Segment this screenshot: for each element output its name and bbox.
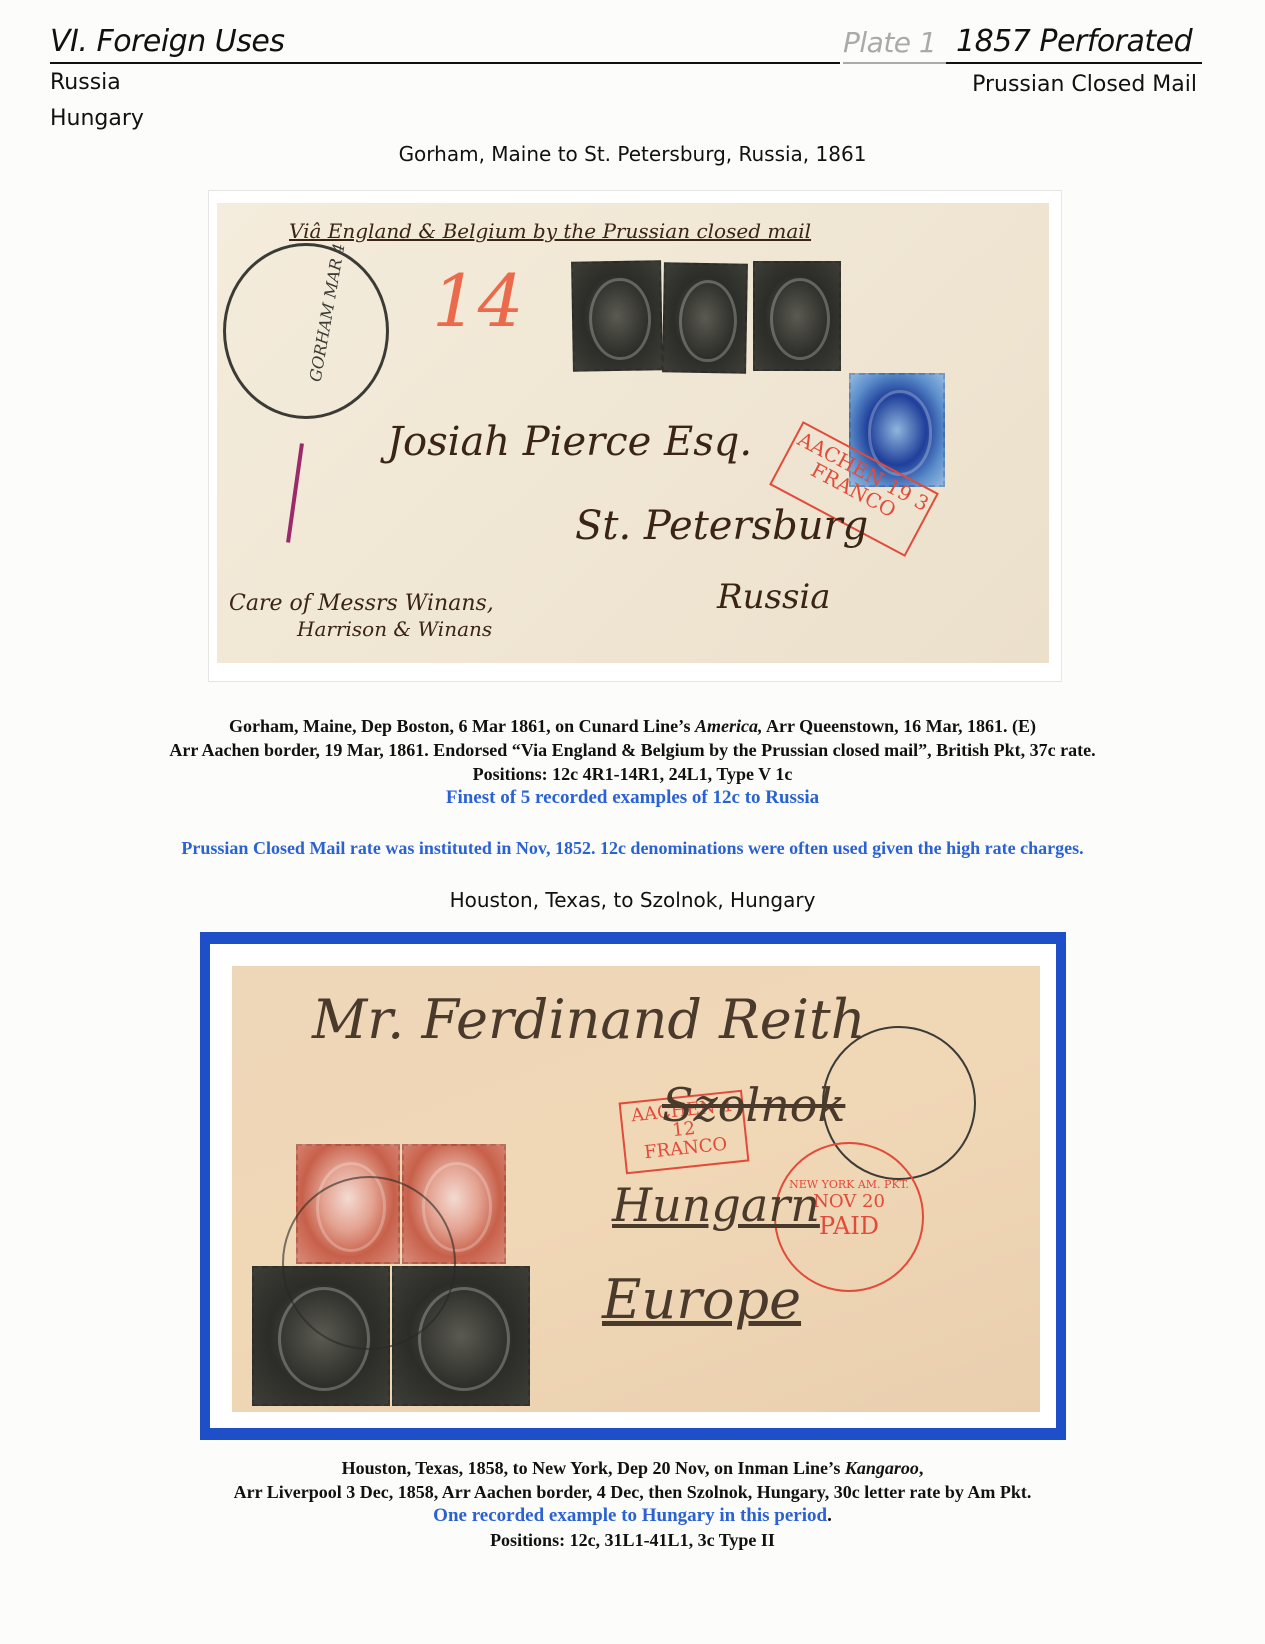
header-rule-right <box>946 62 1202 64</box>
cover2-caption-line: Arr Liverpool 3 Dec, 1858, Arr Aachen bo… <box>0 1480 1265 1504</box>
city-manuscript: St. Petersburg <box>575 503 868 549</box>
cover1-title: Gorham, Maine to St. Petersburg, Russia,… <box>0 142 1265 166</box>
addressee-manuscript: Mr. Ferdinand Reith <box>312 988 865 1051</box>
cover1-envelope: Viâ England & Belgium by the Prussian cl… <box>217 203 1049 663</box>
cover2-positions: Positions: 12c, 31L1-41L1, 3c Type II <box>0 1528 1265 1552</box>
ship-name: Kangaroo <box>845 1458 919 1478</box>
cover2-envelope: Mr. Ferdinand Reith AACHEN 4 12 FRANCO S… <box>232 966 1040 1412</box>
cover2-mat: Mr. Ferdinand Reith AACHEN 4 12 FRANCO S… <box>210 944 1056 1428</box>
stamp-12c-black-3 <box>753 261 841 371</box>
continent-manuscript: Europe <box>602 1268 801 1331</box>
section-title: VI. Foreign Uses <box>50 24 284 59</box>
origin-cds-postmark <box>223 243 389 419</box>
rate-marking: 14 <box>432 259 524 343</box>
cover2-caption-line: Houston, Texas, 1858, to New York, Dep 2… <box>0 1456 1265 1480</box>
cover1-highlight: Finest of 5 recorded examples of 12c to … <box>0 786 1265 810</box>
header-rule-plate <box>843 62 946 64</box>
cover2-caption: Houston, Texas, 1858, to New York, Dep 2… <box>0 1456 1265 1552</box>
stamp-12c-black-2 <box>662 262 748 373</box>
caption-text: Houston, Texas, 1858, to New York, Dep 2… <box>342 1458 845 1478</box>
endorsement-manuscript: Viâ England & Belgium by the Prussian cl… <box>289 219 811 243</box>
issue-title: 1857 Perforated <box>956 24 1192 59</box>
cover2-title: Houston, Texas, to Szolnok, Hungary <box>0 888 1265 912</box>
country-russia: Russia <box>50 70 121 95</box>
cover2-highlight: One recorded example to Hungary in this … <box>433 1505 827 1526</box>
country-manuscript: Russia <box>717 577 831 617</box>
caption-text: Arr Queenstown, 16 Mar, 1861. (E) <box>763 716 1037 736</box>
magenta-manuscript-mark <box>286 443 304 543</box>
cover1-caption-line: Gorham, Maine, Dep Boston, 6 Mar 1861, o… <box>0 714 1265 738</box>
cover1-caption-line: Arr Aachen border, 19 Mar, 1861. Endorse… <box>0 738 1265 762</box>
addressee-manuscript: Josiah Pierce Esq. <box>387 419 752 465</box>
cover1-caption-line: Positions: 12c 4R1-14R1, 24L1, Type V 1c <box>0 762 1265 786</box>
country-hungary: Hungary <box>50 106 144 131</box>
ship-name: America, <box>695 716 763 736</box>
caption-text: , <box>919 1458 924 1478</box>
care-of-line2: Harrison & Winans <box>297 617 492 641</box>
highlight-suffix: . <box>827 1505 832 1526</box>
plate-label: Plate 1 <box>843 26 936 59</box>
subtopic: Prussian Closed Mail <box>972 72 1197 97</box>
cover2-frame: Mr. Ferdinand Reith AACHEN 4 12 FRANCO S… <box>200 932 1066 1440</box>
origin-cds-postmark <box>282 1176 456 1350</box>
header-rule <box>50 62 840 64</box>
caption-text: Gorham, Maine, Dep Boston, 6 Mar 1861, o… <box>229 716 695 736</box>
cover1-caption: Gorham, Maine, Dep Boston, 6 Mar 1861, o… <box>0 714 1265 810</box>
care-of-line1: Care of Messrs Winans, <box>229 591 494 616</box>
cover1-image: Viâ England & Belgium by the Prussian cl… <box>208 190 1062 682</box>
rate-note: Prussian Closed Mail rate was instituted… <box>0 838 1265 859</box>
country-manuscript: Hungarn <box>612 1178 820 1232</box>
stamp-12c-black-1 <box>571 260 663 372</box>
city-manuscript: Szolnok <box>662 1078 845 1132</box>
cover2-highlight-line: One recorded example to Hungary in this … <box>0 1504 1265 1528</box>
